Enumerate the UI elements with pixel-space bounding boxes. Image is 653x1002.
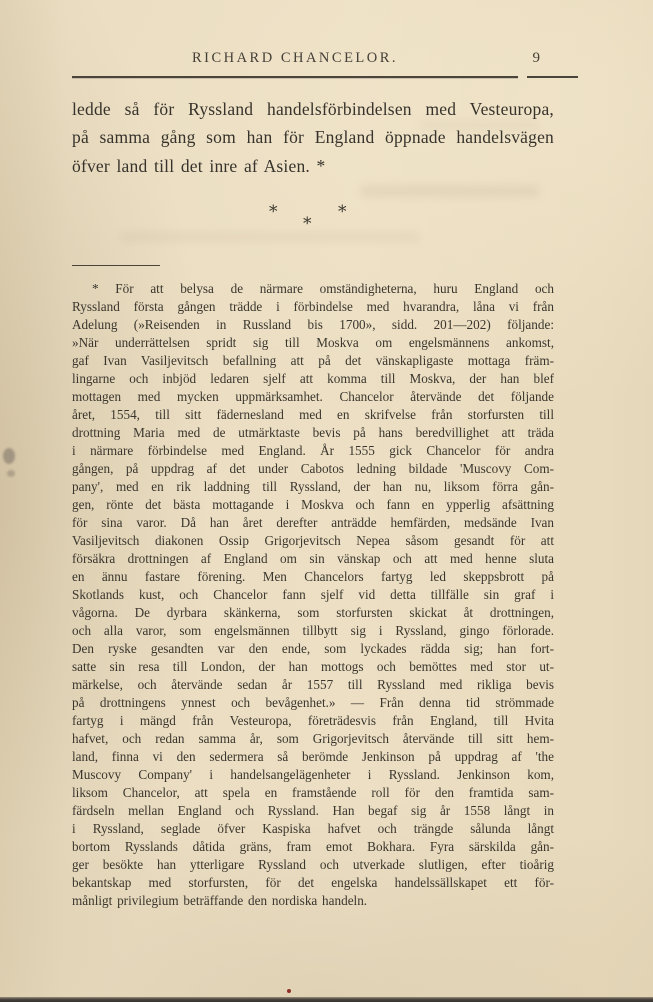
- page-number: 9: [533, 50, 541, 67]
- asterisk-icon: *: [338, 202, 347, 222]
- paper-blemish: [3, 448, 15, 464]
- footnote: * För att belysa de närmare omständighet…: [72, 280, 554, 910]
- header-rule-long-segment: [72, 76, 518, 78]
- text-line: månligt privilegium beträffande den nord…: [72, 892, 554, 910]
- text-line: gen, rönte det bästa mottagande i Moskva…: [72, 496, 554, 514]
- text-line: ledde så för Ryssland handelsförbindelse…: [72, 95, 554, 124]
- text-line: Skotlands kust, och Chancelor fann sjelf…: [72, 586, 554, 604]
- text-line: gaf Ivan Vasiljevitsch befallning att på…: [72, 352, 554, 370]
- text-line: Vasiljevitsch diakonen Ossip Grigorjevit…: [72, 532, 554, 550]
- text-line: året, 1554, till sitt fädernesland med e…: [72, 406, 554, 424]
- scan-edge-bottom: [0, 997, 653, 1002]
- text-line: märkelse, och återvände sedan år 1557 ti…: [72, 676, 554, 694]
- text-line: drottning Maria med de utmärktaste bevis…: [72, 424, 554, 442]
- text-line: fartyg i mängd från Vesteuropa, företräd…: [72, 712, 554, 730]
- text-line: lingarne och inbjöd ledaren sjelf att ko…: [72, 370, 554, 388]
- text-line: öfver land till det inre af Asien. *: [72, 152, 554, 181]
- text-line: på drottningens ynnest och bevågenhet.» …: [72, 694, 554, 712]
- text-line: vågorna. De dyrbara skänkerna, som storf…: [72, 604, 554, 622]
- header-rule-short-segment: [527, 76, 578, 78]
- text-line: på samma gång som han för England öppnad…: [72, 123, 554, 152]
- header-rule: [72, 76, 578, 78]
- text-line: gången, på uppdrag af det under Cabotos …: [72, 460, 554, 478]
- asterisk-icon: *: [269, 202, 278, 222]
- asterisk-icon: *: [303, 214, 312, 234]
- text-line: och alla varor, som engelsmännen tillbyt…: [72, 622, 554, 640]
- text-line: hafvet, och redan samma år, som Grigorje…: [72, 730, 554, 748]
- text-line: en ännu fastare förening. Men Chancelors…: [72, 568, 554, 586]
- running-header: RICHARD CHANCELOR. 9: [72, 50, 578, 70]
- text-line: satte sin resa till London, der han mott…: [72, 658, 554, 676]
- text-line: i närmare förbindelse med England. År 15…: [72, 442, 554, 460]
- text-line: i Ryssland, seglade öfver Kaspiska hafve…: [72, 820, 554, 838]
- text-line: »När underrättelsen spridt sig till Mosk…: [72, 334, 554, 352]
- text-line: bekantskap med storfursten, för det enge…: [72, 874, 554, 892]
- text-line: för sina varor. Då han året derefter ant…: [72, 514, 554, 532]
- paper-red-speck: [287, 989, 291, 993]
- text-line: färdseln mellan England och Ryssland. Ha…: [72, 802, 554, 820]
- running-header-title: RICHARD CHANCELOR.: [72, 50, 518, 67]
- text-line: mottagen med mycken uppmärksamhet. Chanc…: [72, 388, 554, 406]
- text-line: land, finna vi den sedermera så berömde …: [72, 748, 554, 766]
- text-line: Muscovy Company' i handelsangelägenheter…: [72, 766, 554, 784]
- body-paragraph: ledde så för Ryssland handelsförbindelse…: [72, 95, 554, 181]
- footnote-rule: [72, 265, 160, 266]
- asterism-separator: * * *: [72, 202, 578, 250]
- text-line: bortom Rysslands dåtida gräns, fram emot…: [72, 838, 554, 856]
- text-block: RICHARD CHANCELOR. 9 ledde så för Ryssla…: [72, 50, 578, 910]
- scanned-book-page: { "header": { "title": "RICHARD CHANCELO…: [0, 0, 653, 1002]
- text-line: Den ryske gesandten var den ende, som ly…: [72, 640, 554, 658]
- text-line: Adelung (»Reisenden in Russland bis 1700…: [72, 316, 554, 334]
- text-line: liksom Chancelor, att spela en framståen…: [72, 784, 554, 802]
- text-line: ger besökte han ytterligare Ryssland och…: [72, 856, 554, 874]
- text-line: * För att belysa de närmare omständighet…: [72, 280, 554, 298]
- text-line: Ryssland första gången trädde i förbinde…: [72, 298, 554, 316]
- text-line: pany', med en rik laddning till Ryssland…: [72, 478, 554, 496]
- paper-blemish: [7, 470, 15, 477]
- text-line: försäkra drottningen af England om sin v…: [72, 550, 554, 568]
